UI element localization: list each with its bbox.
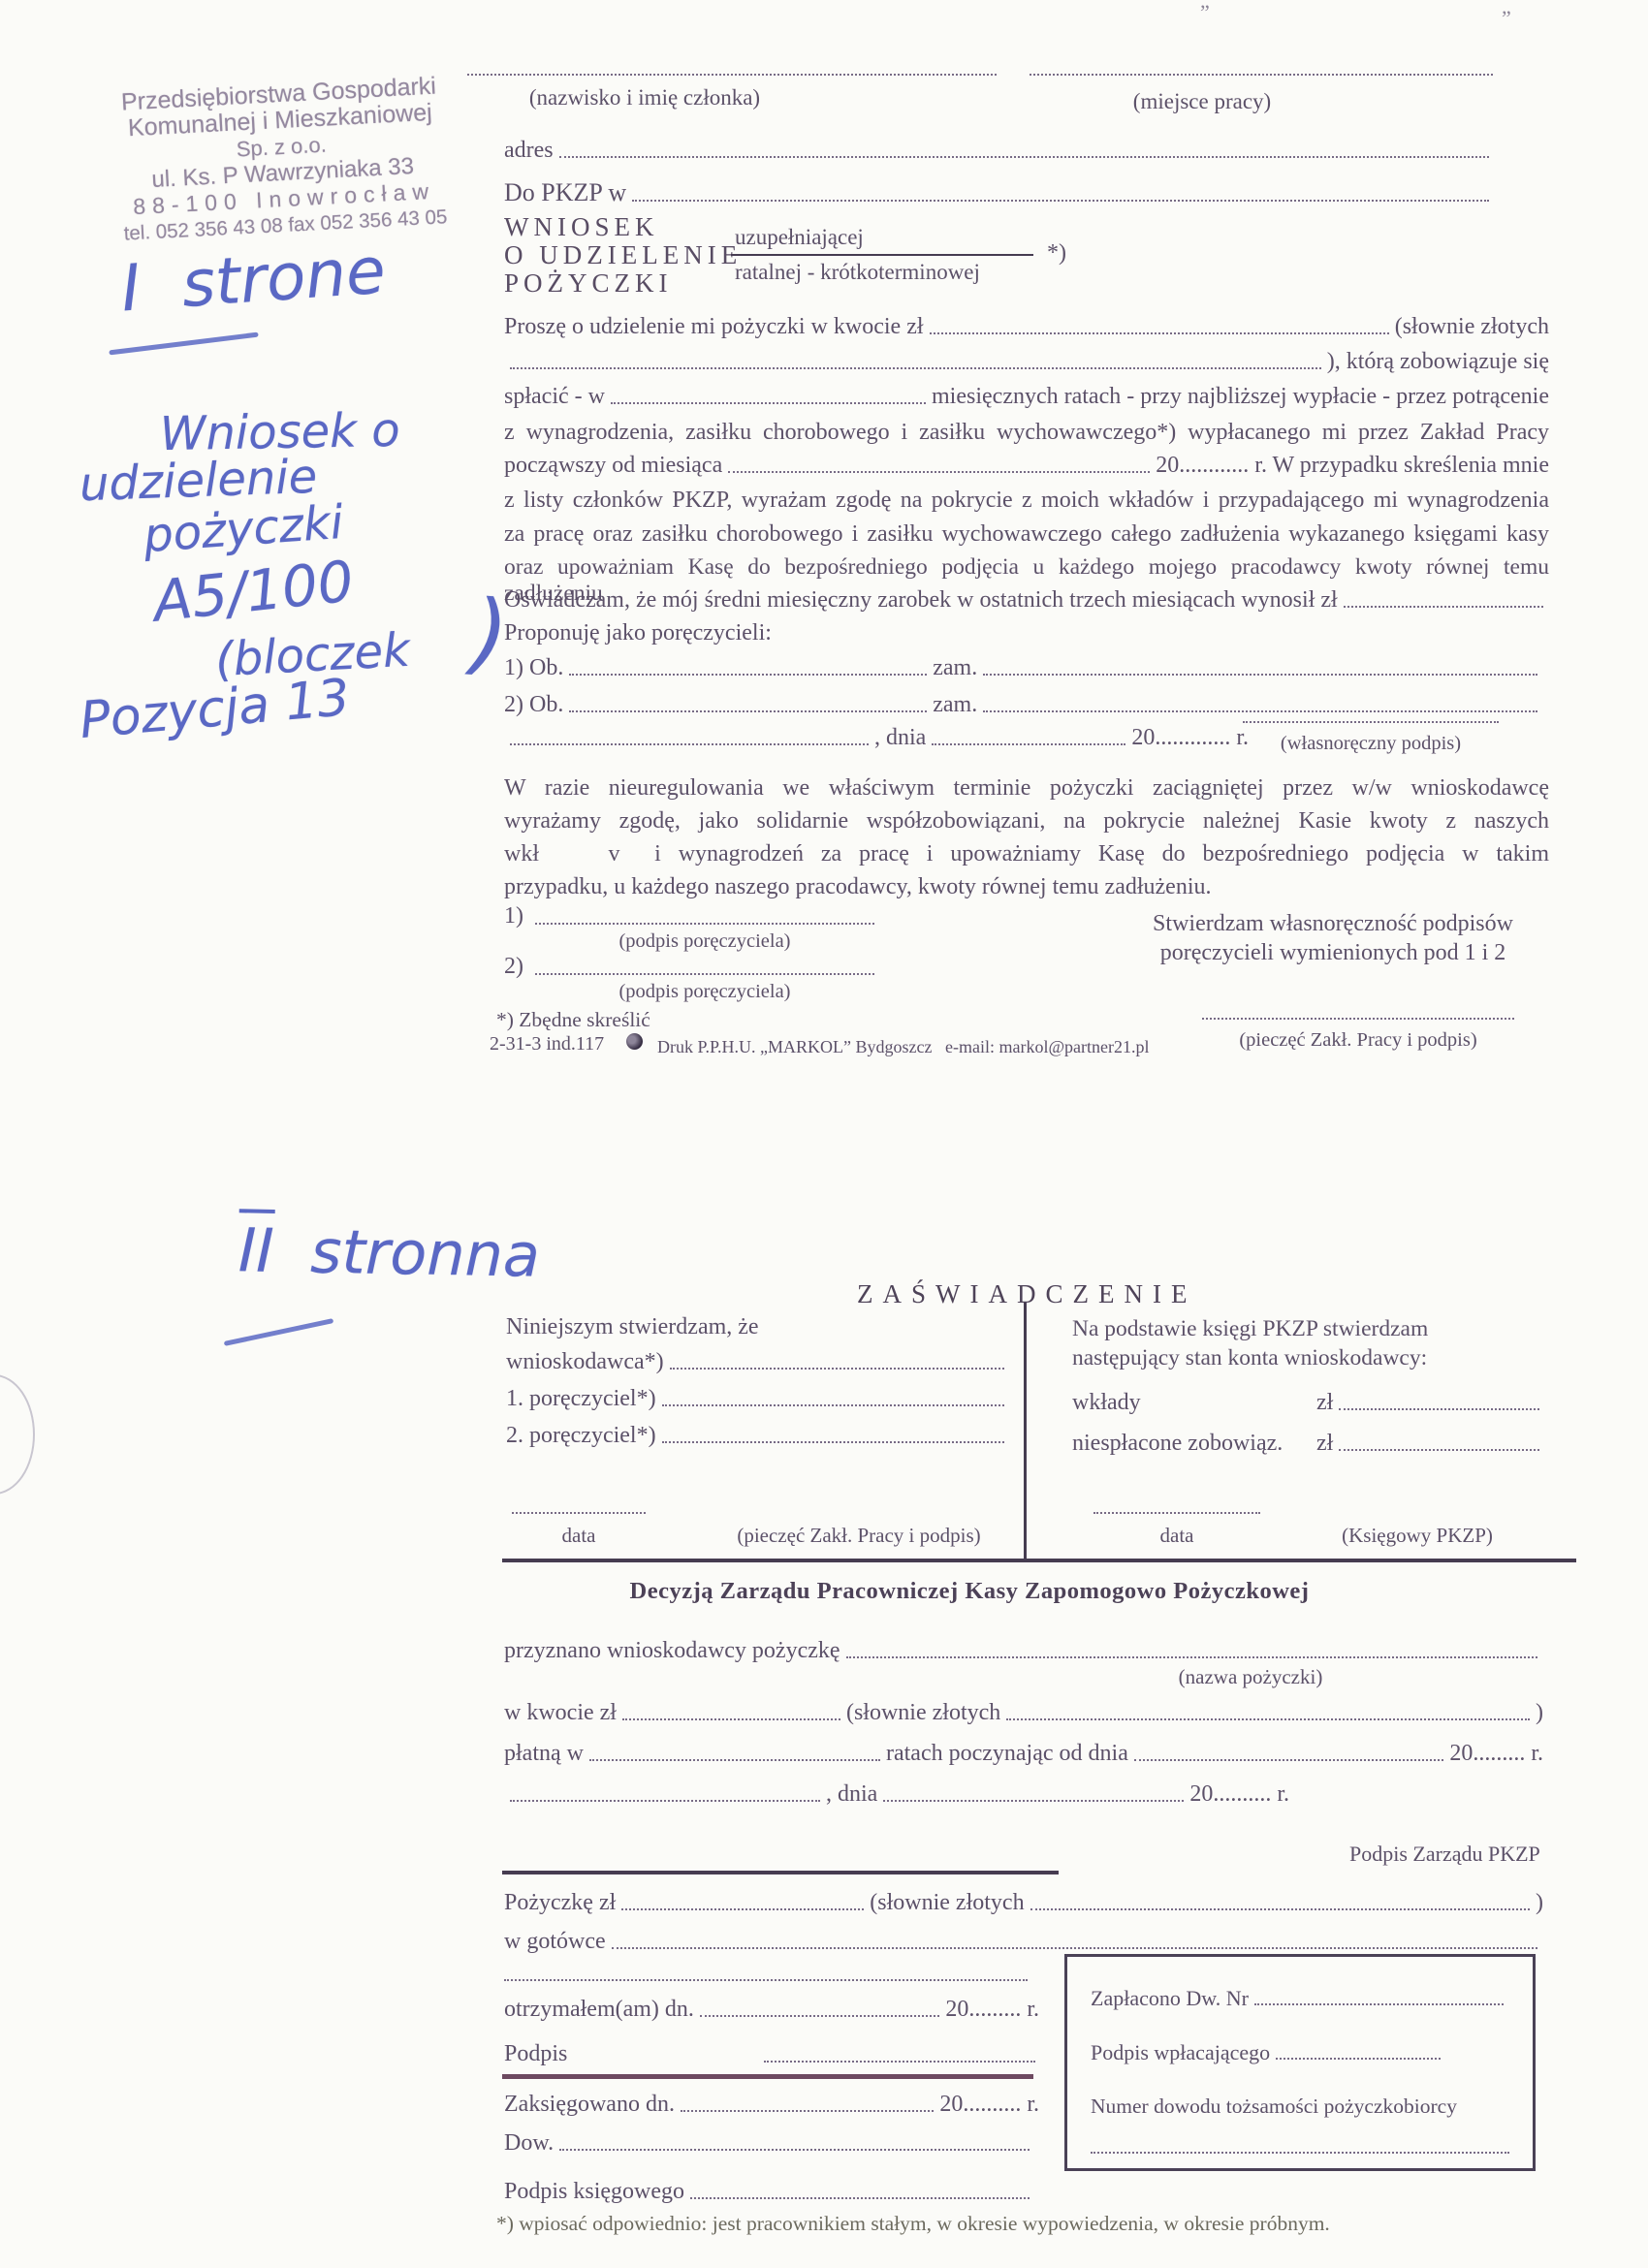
document-number-line: Dow. — [504, 2130, 1035, 2157]
crossout-note: *) Zbędne skreślić — [496, 1008, 650, 1032]
propose-guarantors-line: Proponuję jako poręczycieli: — [504, 620, 772, 646]
account-status-line-2: następujący stan konta wnioskodawcy: — [1072, 1345, 1427, 1371]
handwritten-word: strone — [179, 234, 388, 322]
dotted-line — [1030, 1908, 1530, 1910]
paper-edge-shadow — [0, 1374, 35, 1495]
dotted-line — [535, 923, 874, 925]
stamp-signature-label: (pieczęć Zakł. Pracy i podpis) — [704, 1524, 1014, 1548]
booked-label: Zaksięgowano dn. — [504, 2092, 675, 2118]
surety-signature-label: (podpis poręczyciela) — [545, 930, 865, 953]
handwritten-note: Pozycja 13 — [78, 669, 352, 750]
document-number-label: Dow. — [504, 2130, 554, 2157]
amount-words-open: (słownie złotych — [1395, 314, 1549, 340]
dotted-line — [510, 367, 1321, 369]
handwritten-note: A5/100 — [150, 548, 357, 634]
date-label-left: data — [512, 1524, 646, 1548]
handwritten-page2-mark: II stronna — [238, 1214, 540, 1290]
received-line: otrzymałem(am) dn. 20......... r. — [504, 1997, 1039, 2023]
payable-label: płatną w — [504, 1741, 584, 1767]
guarantor-2-line: 2) Ob. zam. — [504, 692, 1543, 718]
liabilities-line: niespłacone zobowiąz. zł — [1072, 1431, 1545, 1457]
surety-line-1: W razie nieuregulowania we właściwym ter… — [504, 775, 1549, 802]
board-signature-label: Podpis Zarządu PKZP — [1349, 1842, 1540, 1867]
dotted-line — [690, 2197, 1030, 2199]
currency-label: zł — [1316, 1390, 1333, 1416]
certificate-guarantor-2-line: 2. poręczyciel*) — [506, 1423, 1010, 1449]
start-month-suffix: 20............ r. W przypadku skreślenia… — [1156, 453, 1549, 479]
loan-amount-line: Proszę o udzielenie mi pożyczki w kwocie… — [504, 314, 1549, 340]
date-line: , dnia 20............. r. — [504, 725, 1280, 751]
received-label: otrzymałem(am) dn. — [504, 1997, 694, 2023]
guarantor-2-label: 2) Ob. — [504, 692, 563, 718]
cash-line: w gotówce — [504, 1929, 1543, 1955]
handwritten-roman-numeral: I — [119, 250, 143, 326]
dnia-label: , dnia — [826, 1781, 877, 1808]
certificate-title: ZAŚWIADCZENIE — [857, 1279, 1196, 1309]
certificate-guarantor-1-label: 1. poręczyciel*) — [506, 1386, 656, 1412]
earnings-line: Oświadczam, że mój średni miesięczny zar… — [504, 587, 1549, 614]
member-name-label: (nazwisko i imię członka) — [485, 85, 805, 110]
surety-signature-label: (podpis poręczyciela) — [545, 981, 865, 1003]
to-pkzp-line: Do PKZP w — [504, 178, 1495, 207]
dotted-line — [504, 1979, 1028, 1981]
deposits-label: wkłady — [1072, 1390, 1316, 1416]
payout-loan-label: Pożyczkę zł — [504, 1890, 616, 1916]
date-label-right: data — [1093, 1524, 1260, 1548]
installments-line: płatną w ratach poczynając od dnia 20...… — [504, 1741, 1543, 1767]
payout-loan-line: Pożyczkę zł (słownie złotych ) — [504, 1890, 1543, 1916]
dotted-line — [1276, 2058, 1441, 2060]
handwritten-word: stronna — [310, 1216, 541, 1291]
dotted-line — [1243, 721, 1499, 723]
dotted-line — [1093, 1512, 1260, 1514]
dotted-line — [1254, 2003, 1504, 2005]
handwritten-page1-mark: I strone — [119, 234, 388, 327]
dotted-line — [1006, 1718, 1530, 1720]
liabilities-label: niespłacone zobowiąz. — [1072, 1431, 1316, 1457]
paid-label: Zapłacono Dw. Nr — [1091, 1986, 1249, 2011]
granted-loan-label: przyznano wnioskodawcy pożyczkę — [504, 1638, 840, 1664]
company-stamp: Przedsiębiorstwa Gospodarki Komunalnej i… — [79, 71, 485, 248]
form-title-line2: O UDZIELENIE — [504, 241, 742, 269]
dotted-line — [681, 2110, 934, 2112]
payer-signature-label: Podpis wpłacającego — [1091, 2040, 1270, 2065]
deduction-line: z wynagrodzenia, zasiłku chorobowego i z… — [504, 420, 1549, 446]
decision-date-line: , dnia 20.......... r. — [504, 1781, 1289, 1808]
form-code: 2-31-3 ind.117 — [490, 1033, 604, 1055]
surety-item-1: 1) — [504, 903, 523, 929]
dotted-line — [559, 156, 1489, 158]
footnote-reference: *) — [1047, 240, 1066, 267]
dotted-line — [670, 1368, 1004, 1370]
granted-loan-line: przyznano wnioskodawcy pożyczkę — [504, 1638, 1543, 1664]
stamp-signature-label: (pieczęć Zakł. Pracy i podpis) — [1202, 1029, 1514, 1052]
dotted-line — [1339, 1408, 1539, 1410]
dotted-line — [1091, 2152, 1509, 2154]
installments-label: ratach poczynając od dnia — [886, 1741, 1128, 1767]
handwritten-dash — [224, 1318, 334, 1346]
dotted-line — [846, 1656, 1537, 1658]
booked-line: Zaksięgowano dn. 20.......... r. — [504, 2092, 1039, 2118]
payment-box: Zapłacono Dw. Nr Podpis wpłacającego Num… — [1064, 1954, 1536, 2171]
workplace-label: (miejsce pracy) — [1095, 89, 1309, 114]
attestation-line-1: Stwierdzam własnoręczność podpisów — [1125, 909, 1541, 938]
address-line: adres — [504, 138, 1495, 164]
certificate-guarantor-2-label: 2. poręczyciel*) — [506, 1423, 656, 1449]
dotted-line — [983, 710, 1537, 712]
accountant-signature-label: Podpis księgowego — [504, 2179, 684, 2205]
id-number-line — [1091, 2152, 1509, 2159]
handwritten-roman-numeral: II — [238, 1209, 274, 1286]
dotted-line — [569, 674, 927, 676]
dotted-line — [622, 1718, 840, 1720]
section-rule — [502, 1559, 1576, 1562]
start-month-line: począwszy od miesiąca 20............ r. … — [504, 453, 1549, 479]
applicant-label: wnioskodawca*) — [506, 1349, 664, 1375]
consent-line-1: z listy członków PKZP, wyrażam zgodę na … — [504, 488, 1549, 514]
pkzp-accountant-label: (Księgowy PKZP) — [1311, 1524, 1524, 1548]
loan-type-top: uzupełniającej — [735, 225, 864, 250]
certificate-guarantor-1-line: 1. poręczyciel*) — [506, 1386, 1010, 1412]
dotted-line — [700, 2015, 939, 2017]
certificate-intro: Niniejszym stwierdzam, że — [506, 1314, 759, 1340]
dotted-line — [930, 332, 1389, 334]
loan-name-label: (nazwa pożyczki) — [1115, 1665, 1386, 1689]
dotted-line — [512, 1512, 646, 1514]
scan-artifact: ” — [1200, 0, 1210, 25]
dotted-line — [569, 710, 927, 712]
signature-label: Podpis — [504, 2041, 567, 2067]
dotted-line — [983, 674, 1537, 676]
dnia-label: , dnia — [874, 725, 926, 751]
decision-amount-line: w kwocie zł (słownie złotych ) — [504, 1700, 1543, 1726]
dotted-line — [1202, 1018, 1514, 1020]
own-signature-label: (własnoręczny podpis) — [1243, 733, 1499, 755]
scanned-loan-form: ” ” Przedsiębiorstwa Gospodarki Komunaln… — [0, 0, 1648, 2268]
amount-words-line: ), którą zobowiązuje się — [504, 349, 1549, 375]
dotted-line — [589, 1759, 880, 1761]
paid-line: Zapłacono Dw. Nr — [1091, 1986, 1509, 2011]
scan-artifact: ” — [1502, 6, 1511, 31]
accountant-signature-line: Podpis księgowego — [504, 2179, 1035, 2205]
dotted-line — [1030, 74, 1493, 76]
printer-logo-icon — [626, 1033, 643, 1050]
guarantor-1-line: 1) Ob. zam. — [504, 655, 1543, 681]
address-label: adres — [504, 138, 554, 164]
attestation-note: Stwierdzam własnoręczność podpisów poręc… — [1125, 909, 1541, 967]
attestation-line-2: poręczycieli wymienionych pod 1 i 2 — [1125, 938, 1541, 967]
decision-amount-label: w kwocie zł — [504, 1700, 617, 1726]
dotted-line — [467, 74, 997, 76]
year-label: 20.......... r. — [939, 2092, 1039, 2118]
year-label: 20......... r. — [945, 1997, 1039, 2023]
dotted-line — [1344, 606, 1543, 608]
guarantor-1-label: 1) Ob. — [504, 655, 563, 681]
dotted-line — [611, 402, 926, 404]
payer-signature-line: Podpis wpłacającego — [1091, 2040, 1509, 2065]
deposits-line: wkłady zł — [1072, 1390, 1545, 1416]
cash-label: w gotówce — [504, 1929, 606, 1955]
surety-line-3: wkł v i wynagrodzeń za pracę i upoważnia… — [504, 841, 1549, 867]
handwritten-underline — [109, 332, 258, 356]
dotted-line — [883, 1800, 1184, 1802]
dotted-line — [510, 1800, 820, 1802]
payout-words-open: (słownie złotych — [870, 1890, 1024, 1916]
account-status-line-1: Na podstawie księgi PKZP stwierdzam — [1072, 1316, 1428, 1342]
repayment-line: spłacić - w miesięcznych ratach - przy n… — [504, 384, 1549, 410]
surety-item-2: 2) — [504, 954, 523, 980]
year-label: 20.......... r. — [1189, 1781, 1289, 1808]
loan-type-bottom: ratalnej - krótkoterminowej — [735, 260, 980, 285]
dotted-line — [510, 743, 869, 745]
dotted-line — [1339, 1449, 1539, 1451]
residence-label: zam. — [933, 655, 977, 681]
year-label: 20............. r. — [1131, 725, 1249, 751]
earnings-label: Oświadczam, że mój średni miesięczny zar… — [504, 587, 1338, 614]
currency-label: zł — [1316, 1431, 1333, 1457]
loan-amount-label: Proszę o udzielenie mi pożyczki w kwocie… — [504, 314, 924, 340]
section-rule — [502, 1871, 1059, 1874]
surety-line-2: wyrażamy zgodę, jako solidarnie współzob… — [504, 808, 1549, 835]
residence-label: zam. — [933, 692, 977, 718]
applicant-line: wnioskodawca*) — [506, 1349, 1010, 1375]
year-label: 20......... r. — [1449, 1741, 1543, 1767]
amount-words-close: ), którą zobowiązuje się — [1327, 349, 1549, 375]
repayment-suffix: miesięcznych ratach - przy najbliższej w… — [932, 384, 1549, 410]
payout-words-close: ) — [1536, 1890, 1543, 1916]
dotted-line — [621, 1908, 864, 1910]
consent-line-2: za pracę oraz zasiłku chorobowego i zasi… — [504, 521, 1549, 548]
dotted-line — [728, 471, 1150, 473]
dotted-line — [662, 1441, 1004, 1443]
amount-words-open: (słownie złotych — [846, 1700, 1000, 1726]
form-title-line3: POŻYCZKI — [504, 269, 742, 298]
dotted-line — [559, 2149, 1030, 2151]
fraction-line — [731, 254, 1033, 256]
dotted-line — [662, 1404, 1004, 1406]
signature-rule — [502, 2074, 1033, 2079]
dotted-line — [932, 743, 1125, 745]
form-title: WNIOSEK O UDZIELENIE POŻYCZKI — [504, 213, 742, 298]
amount-words-close: ) — [1536, 1700, 1543, 1726]
surety-line-4: przypadku, u każdego naszego pracodawcy,… — [504, 874, 1549, 900]
dotted-line — [1134, 1759, 1443, 1761]
form-title-line1: WNIOSEK — [504, 213, 742, 241]
column-divider — [1024, 1303, 1027, 1562]
start-month-prefix: począwszy od miesiąca — [504, 453, 722, 479]
dotted-line — [764, 2061, 1035, 2063]
decision-heading: Decyzją Zarządu Pracowniczej Kasy Zapomo… — [504, 1578, 1435, 1605]
bottom-footnote: *) wpiosać odpowiednio: jest pracownikie… — [496, 2212, 1330, 2236]
to-pkzp-label: Do PKZP w — [504, 178, 626, 207]
dotted-line — [632, 200, 1489, 202]
repayment-prefix: spłacić - w — [504, 384, 605, 410]
id-number-label: Numer dowodu tożsamości pożyczkobiorcy — [1091, 2095, 1509, 2119]
printer-info: Druk P.P.H.U. „MARKOL” Bydgoszcz e-mail:… — [657, 1037, 1150, 1057]
dotted-line — [535, 973, 874, 975]
dotted-line — [612, 1947, 1537, 1949]
